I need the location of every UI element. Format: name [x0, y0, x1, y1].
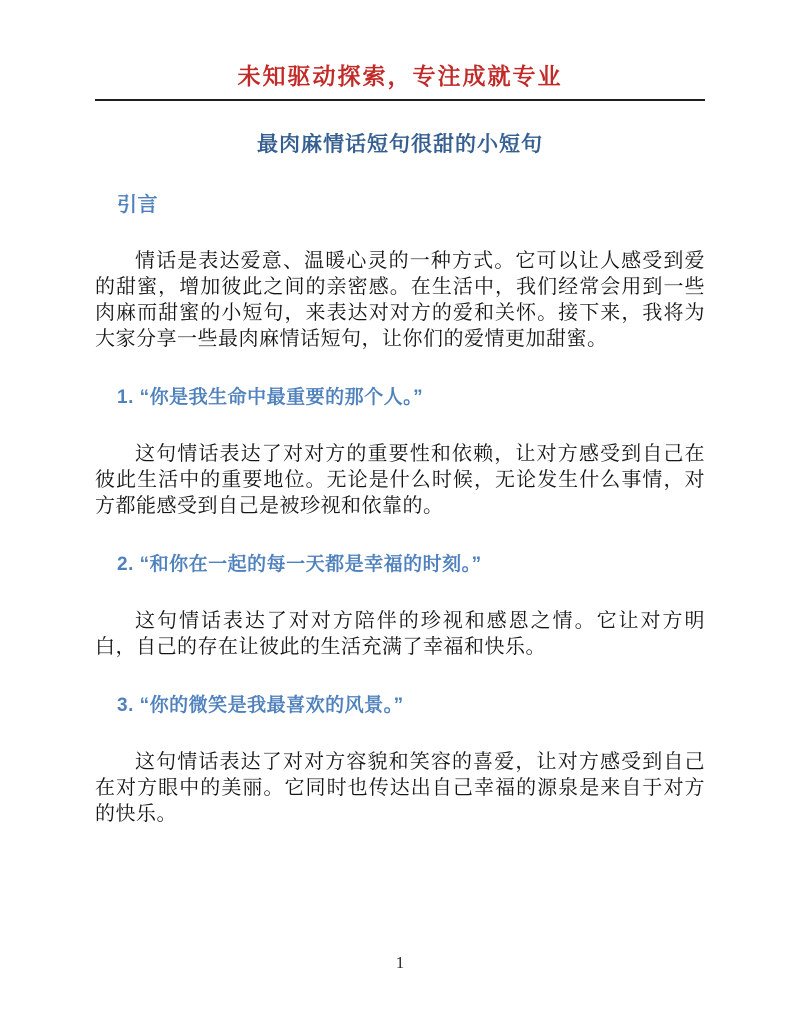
document-page: 未知驱动探索，专注成就专业 最肉麻情话短句很甜的小短句 引言 情话是表达爱意、温… — [0, 0, 800, 1035]
section-paragraph-2: 这句情话表达了对对方陪伴的珍视和感恩之情。它让对方明白，自己的存在让彼此的生活充… — [95, 608, 705, 660]
section-paragraph-3: 这句情话表达了对对方容貌和笑容的喜爱，让对方感受到自己在对方眼中的美丽。它同时也… — [95, 749, 705, 827]
intro-heading: 引言 — [117, 192, 705, 218]
section-paragraph-1: 这句情话表达了对对方的重要性和依赖，让对方感受到自己在彼此生活中的重要地位。无论… — [95, 441, 705, 519]
section-heading-2: 2. “和你在一起的每一天都是幸福的时刻。” — [117, 552, 705, 578]
section-heading-1: 1. “你是我生命中最重要的那个人。” — [117, 385, 705, 411]
section-heading-3: 3. “你的微笑是我最喜欢的风景。” — [117, 693, 705, 719]
page-number: 1 — [0, 953, 800, 973]
page-header: 未知驱动探索，专注成就专业 — [95, 62, 705, 101]
document-title: 最肉麻情话短句很甜的小短句 — [95, 131, 705, 159]
header-slogan: 未知驱动探索，专注成就专业 — [95, 62, 705, 92]
intro-paragraph: 情话是表达爱意、温暖心灵的一种方式。它可以让人感受到爱的甜蜜，增加彼此之间的亲密… — [95, 248, 705, 352]
